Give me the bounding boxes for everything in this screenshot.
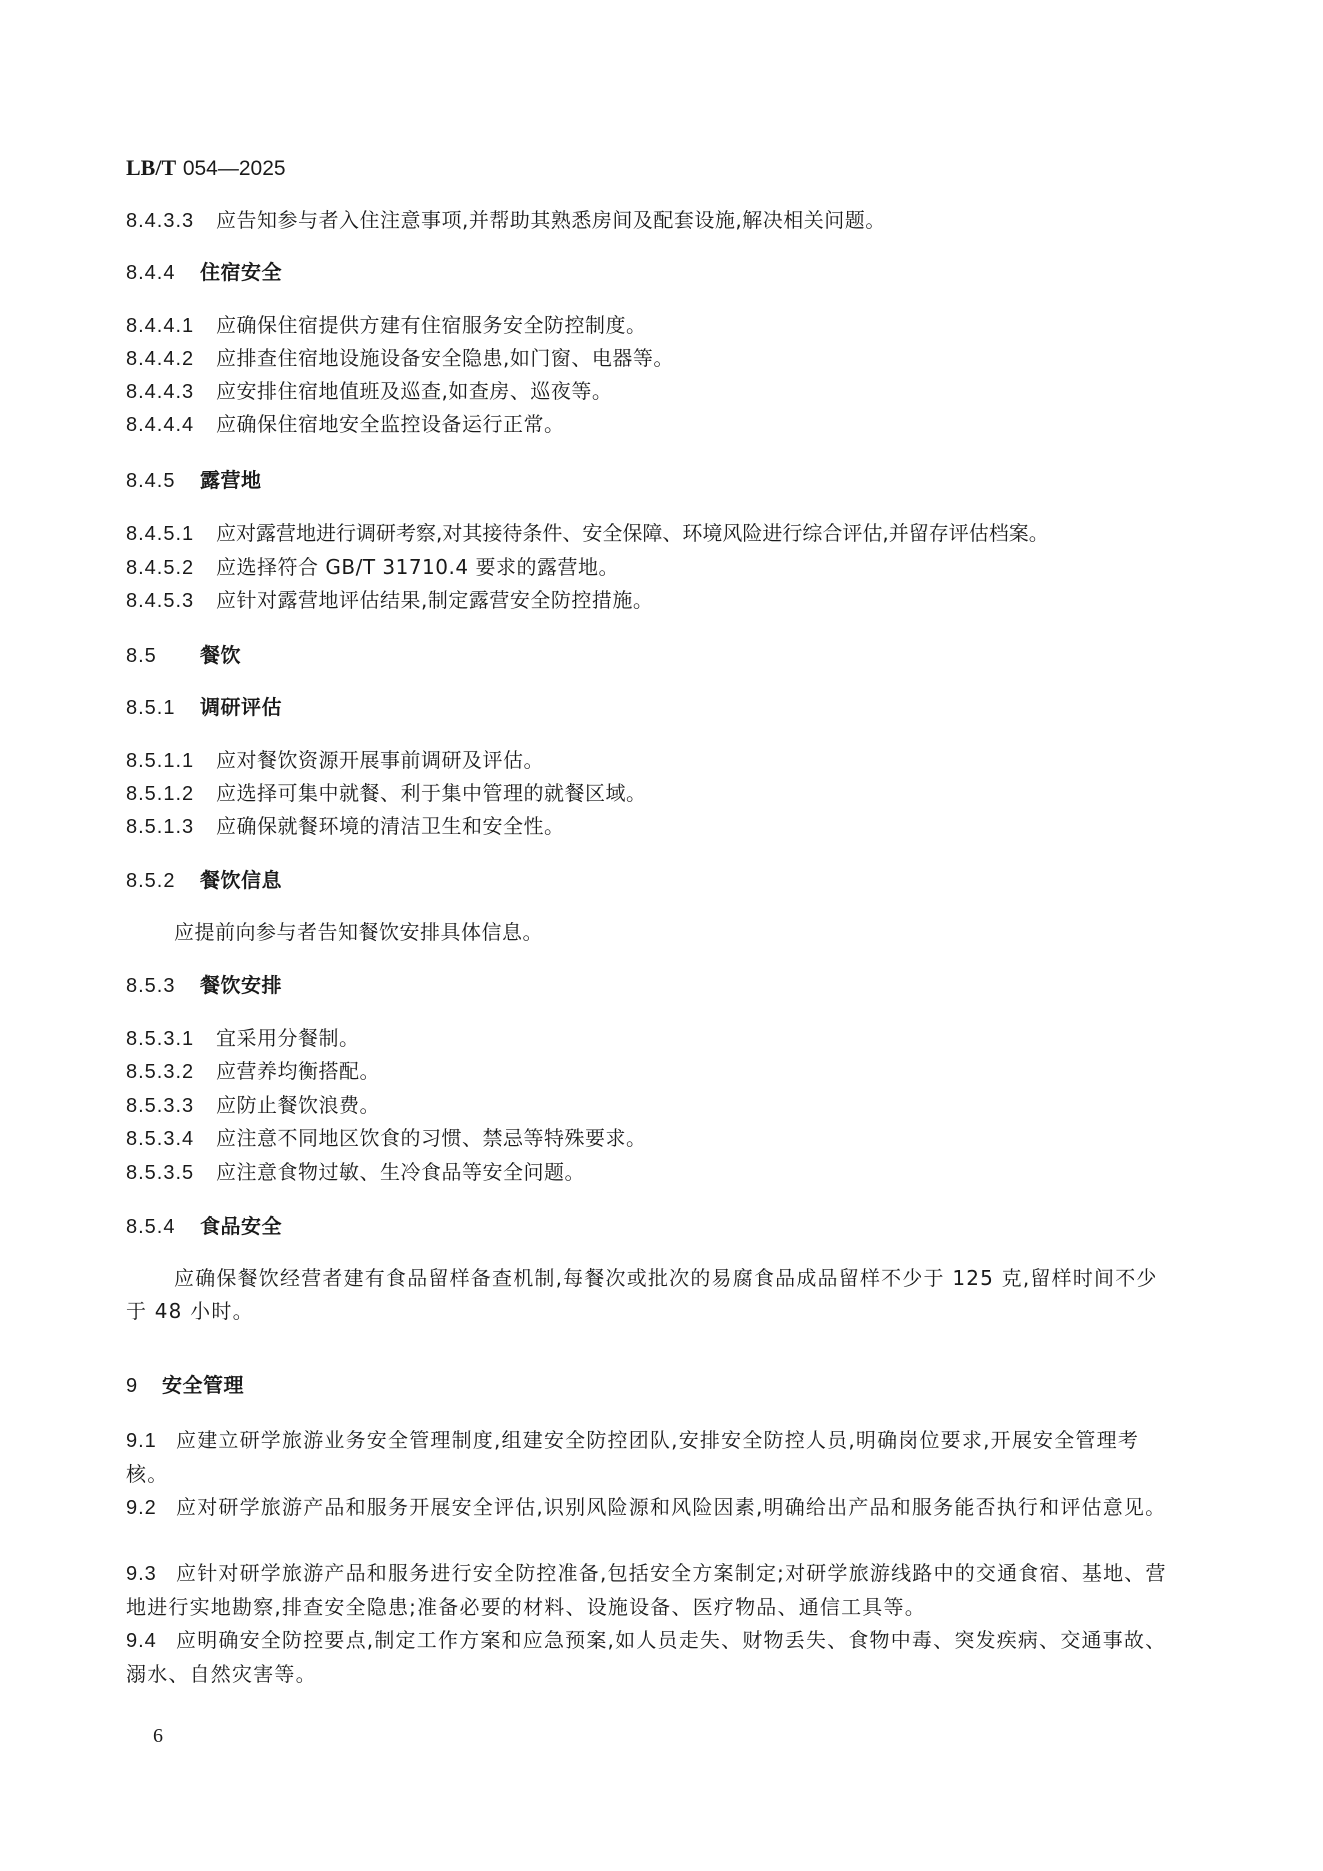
clause-8-5-3-4: 8.5.3.4应注意不同地区饮食的习惯、禁忌等特殊要求。 — [126, 1125, 647, 1152]
heading-8-5-3: 8.5.3餐饮安排 — [126, 972, 282, 999]
doc-number: 054—2025 — [183, 157, 286, 180]
clause-8-4-5-3: 8.4.5.3应针对露营地评估结果,制定露营安全防控措施。 — [126, 587, 653, 614]
page-number: 6 — [153, 1725, 163, 1748]
clause-8-4-5-1: 8.4.5.1应对露营地进行调研考察,对其接待条件、安全保障、环境风险进行综合评… — [126, 520, 1049, 547]
heading-8-4-4: 8.4.4住宿安全 — [126, 259, 282, 286]
document-code: LB/T 054—2025 — [126, 155, 286, 181]
heading-9: 9安全管理 — [126, 1372, 244, 1399]
clause-8-4-4-4: 8.4.4.4应确保住宿地安全监控设备运行正常。 — [126, 411, 565, 438]
clause-9-1: 9.1应建立研学旅游业务安全管理制度,组建安全防控团队,安排安全防控人员,明确岗… — [126, 1424, 1176, 1491]
clause-8-5-3-5: 8.5.3.5应注意食物过敏、生冷食品等安全问题。 — [126, 1159, 585, 1186]
clause-8-4-4-3: 8.4.4.3应安排住宿地值班及巡查,如查房、巡夜等。 — [126, 378, 612, 405]
clause-8-4-3-3: 8.4.3.3应告知参与者入住注意事项,并帮助其熟悉房间及配套设施,解决相关问题… — [126, 207, 886, 234]
clause-8-4-5-2: 8.4.5.2应选择符合 GB/T 31710.4 要求的露营地。 — [126, 554, 619, 581]
doc-prefix: LB/T — [126, 155, 176, 180]
clause-9-2: 9.2应对研学旅游产品和服务开展安全评估,识别风险源和风险因素,明确给出产品和服… — [126, 1491, 1176, 1525]
clause-8-5-3-2: 8.5.3.2应营养均衡搭配。 — [126, 1058, 380, 1085]
clause-8-5-1-3: 8.5.1.3应确保就餐环境的清洁卫生和安全性。 — [126, 813, 565, 840]
heading-8-5: 8.5餐饮 — [126, 642, 241, 669]
paragraph-8-5-4: 应确保餐饮经营者建有食品留样备查机制,每餐次或批次的易腐食品成品留样不少于 12… — [126, 1262, 1176, 1328]
clause-8-4-4-2: 8.4.4.2应排查住宿地设施设备安全隐患,如门窗、电器等。 — [126, 345, 674, 372]
heading-8-5-4: 8.5.4食品安全 — [126, 1213, 282, 1240]
clause-9-4: 9.4应明确安全防控要点,制定工作方案和应急预案,如人员走失、财物丢失、食物中毒… — [126, 1624, 1176, 1691]
heading-8-4-5: 8.4.5露营地 — [126, 467, 262, 494]
heading-8-5-1: 8.5.1调研评估 — [126, 694, 282, 721]
heading-8-5-2: 8.5.2餐饮信息 — [126, 867, 282, 894]
clause-8-5-1-1: 8.5.1.1应对餐饮资源开展事前调研及评估。 — [126, 747, 544, 774]
clause-8-4-4-1: 8.4.4.1应确保住宿提供方建有住宿服务安全防控制度。 — [126, 312, 647, 339]
clause-8-5-1-2: 8.5.1.2应选择可集中就餐、利于集中管理的就餐区域。 — [126, 780, 647, 807]
clause-9-3: 9.3应针对研学旅游产品和服务进行安全防控准备,包括安全方案制定;对研学旅游线路… — [126, 1557, 1176, 1624]
paragraph-8-5-2: 应提前向参与者告知餐饮安排具体信息。 — [174, 919, 543, 945]
clause-8-5-3-1: 8.5.3.1宜采用分餐制。 — [126, 1025, 360, 1052]
document-page: LB/T 054—2025 8.4.3.3应告知参与者入住注意事项,并帮助其熟悉… — [0, 0, 1323, 1871]
clause-8-5-3-3: 8.5.3.3应防止餐饮浪费。 — [126, 1092, 380, 1119]
